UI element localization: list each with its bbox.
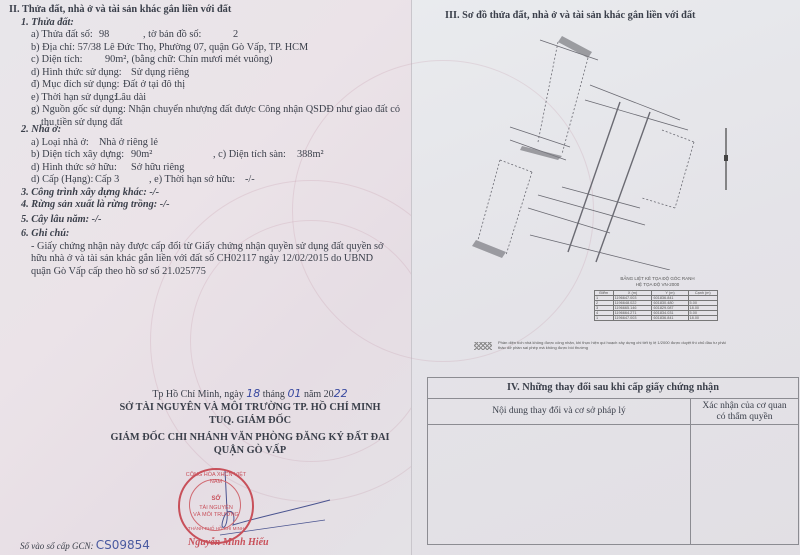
own-term-value: -/- <box>245 174 255 185</box>
date-month: 01 <box>287 387 301 400</box>
signature-block: Tp Hồ Chí Minh, ngày 18 tháng 01 năm 202… <box>105 387 395 457</box>
parcel-number-row: a) Thửa đất số:98, tờ bản đồ số:2 <box>9 29 400 42</box>
grade-value: Cấp 3 <box>95 174 149 187</box>
unrecognized-area-hatch-icon <box>474 342 492 350</box>
stamp-text: VÀ MÔI TRƯỜNG <box>180 512 252 519</box>
coord-system: HỆ TỌA ĐỘ VN-2000 <box>600 282 715 288</box>
parcel-site-plan <box>470 30 740 270</box>
authorized-line: TUQ. GIÁM ĐỐC <box>105 414 395 427</box>
area-label: c) Diện tích: <box>31 54 105 67</box>
section-4-title: IV. Những thay đổi sau khi cấp giấy chứn… <box>428 378 798 399</box>
column-header-line: Xác nhận của cơ quan <box>691 401 798 412</box>
term-value: Lâu dài <box>115 92 146 103</box>
area-row: c) Diện tích:90m², (bằng chữ: Chín mươi … <box>9 54 400 67</box>
built-area-label: b) Diện tích xây dựng: <box>31 149 131 162</box>
built-area-value: 90m² <box>131 149 213 162</box>
stamp-text: CỘNG HÒA XHCN VIỆT NAM <box>180 472 252 486</box>
signer-title-district: QUẬN GÒ VẤP <box>105 444 395 457</box>
change-content-cell <box>428 425 691 545</box>
area-value: 90m², (bằng chữ: Chín mươi mét vuông) <box>105 54 273 65</box>
date-day: 18 <box>246 387 260 400</box>
coord-cell: 1 <box>595 316 614 321</box>
authority-confirmation-cell <box>691 425 798 545</box>
ownership-value: Sở hữu riêng <box>131 162 184 173</box>
purpose-row: đ) Mục đích sử dụng:Đất ở tại đô thị <box>9 79 400 92</box>
grade-label: d) Cấp (Hạng): <box>31 174 95 187</box>
purpose-value: Đất ở tại đô thị <box>123 79 185 90</box>
house-type-label: a) Loại nhà ở: <box>31 137 99 150</box>
section-3-title: III. Sơ đồ thửa đất, nhà ở và tài sản kh… <box>445 10 695 21</box>
use-form-value: Sử dụng riêng <box>131 67 189 78</box>
corner-coordinates-table: ĐiểmX (m)Y (m)Cạnh (m) 11196647.00360183… <box>594 290 718 321</box>
land-heading: 1. Thửa đất: <box>9 17 400 30</box>
address-value: 57/38 Lê Đức Thọ, Phường 07, quận Gò Vấp… <box>78 42 309 53</box>
serial-value: CS09854 <box>96 538 150 552</box>
stamp-text: THÀNH PHỐ HỒ CHÍ MINH <box>180 525 252 532</box>
coord-cell: 601836.841 <box>652 316 688 321</box>
term-label: e) Thời hạn sử dụng: <box>31 92 115 105</box>
signer-name: Nguyễn Minh Hiếu <box>188 537 269 548</box>
house-type-value: Nhà ở riêng lẻ <box>99 137 158 148</box>
map-sheet-label: , tờ bản đồ số: <box>143 29 233 42</box>
changes-table-header: Nội dung thay đổi và cơ sở pháp lý Xác n… <box>428 399 798 425</box>
date-year: 22 <box>334 387 348 400</box>
column-header-change-content: Nội dung thay đổi và cơ sở pháp lý <box>428 399 691 424</box>
month-label: tháng <box>263 389 285 400</box>
place-date: Tp Hồ Chí Minh, ngày 18 tháng 01 năm 202… <box>105 387 395 401</box>
ownership-label: d) Hình thức sở hữu: <box>31 162 131 175</box>
official-red-stamp-icon: CỘNG HÒA XHCN VIỆT NAM SỞ TÀI NGUYÊN VÀ … <box>178 468 254 544</box>
issuing-organization: SỞ TÀI NGUYÊN VÀ MÔI TRƯỜNG TP. HỒ CHÍ M… <box>105 401 395 414</box>
map-sheet-value: 2 <box>233 29 238 40</box>
serial-number: Số vào sổ cấp GCN: CS09854 <box>20 538 150 552</box>
map-legend-note: Phần diện tích nhà không được công nhận,… <box>498 340 728 350</box>
address-label: b) Địa chỉ: <box>31 42 75 53</box>
parcel-number-label: a) Thửa đất số: <box>31 29 99 42</box>
year-label: năm 20 <box>304 389 334 400</box>
serial-label: Số vào sổ cấp GCN: <box>20 541 94 551</box>
stamp-text: TÀI NGUYÊN <box>180 505 252 512</box>
stamp-text: SỞ <box>180 496 252 503</box>
section-2-title: II. Thửa đất, nhà ở và tài sản khác gắn … <box>9 4 400 17</box>
address-row: b) Địa chỉ: 57/38 Lê Đức Thọ, Phường 07,… <box>9 42 400 55</box>
use-form-row: d) Hình thức sử dụng:Sử dụng riêng <box>9 67 400 80</box>
coord-table-title: BẢNG LIỆT KÊ TỌA ĐỘ GÓC RANH HỆ TỌA ĐỘ V… <box>600 276 715 288</box>
column-header-line: có thẩm quyền <box>691 412 798 423</box>
floor-area-label: , c) Diện tích sàn: <box>213 149 297 162</box>
signer-title: GIÁM ĐỐC CHI NHÁNH VĂN PHÒNG ĐĂNG KÝ ĐẤT… <box>105 431 395 444</box>
changes-table-body <box>428 425 798 545</box>
origin-label: g) Nguồn gốc sử dụng: <box>31 104 126 115</box>
coord-cell: 1196647.003 <box>613 316 652 321</box>
use-form-label: d) Hình thức sử dụng: <box>31 67 131 80</box>
place-date-prefix: Tp Hồ Chí Minh, ngày <box>152 389 243 400</box>
coord-row: 11196647.003601836.84118.00 <box>595 316 718 321</box>
own-term-label: , e) Thời hạn sở hữu: <box>149 174 245 187</box>
coord-cell: 18.00 <box>688 316 717 321</box>
column-header-authority-confirmation: Xác nhận của cơ quan có thẩm quyền <box>691 399 798 424</box>
changes-after-issuance-table: IV. Những thay đổi sau khi cấp giấy chứn… <box>427 377 799 545</box>
parcel-number-value: 98 <box>99 29 143 42</box>
purpose-label: đ) Mục đích sử dụng: <box>31 79 123 92</box>
